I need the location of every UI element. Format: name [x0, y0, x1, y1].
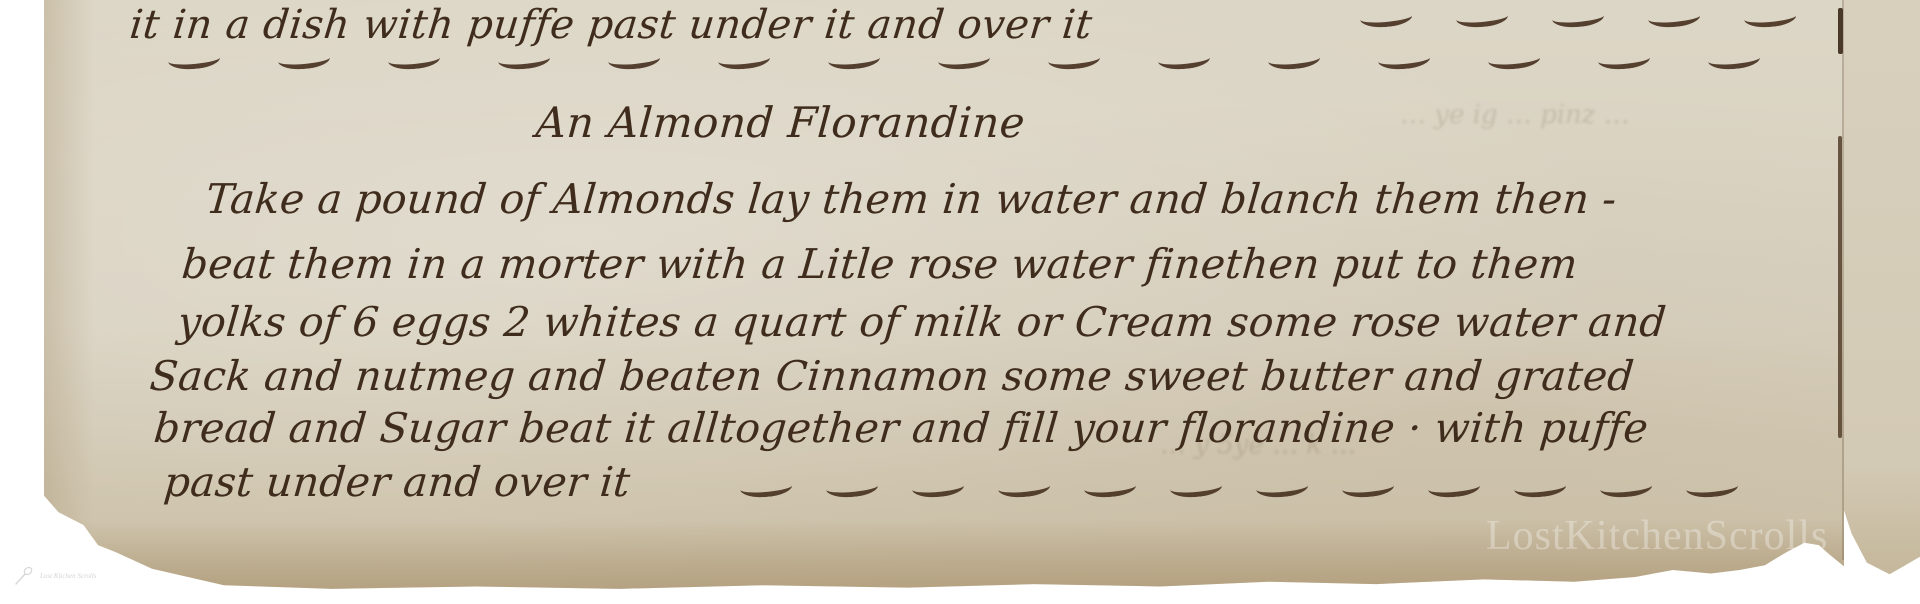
flourish	[1685, 475, 1739, 499]
flourish	[911, 475, 965, 499]
flourish	[1599, 475, 1653, 499]
spoon-icon	[14, 566, 34, 586]
recipe-line: yolks of 6 eggs 2 whites a quart of milk…	[176, 298, 1668, 346]
recipe-line: bread and Sugar beat it alltogether and …	[152, 404, 1650, 452]
flourish	[1359, 5, 1413, 29]
line-filler-flourishes	[1360, 8, 1796, 27]
flourish	[1707, 47, 1761, 71]
recipe-line: Take a pound of Almonds lay them in wate…	[204, 175, 1619, 223]
adjacent-page-edge	[1844, 0, 1920, 580]
flourish	[1267, 47, 1321, 71]
watermark-text: LostKitchenScrolls	[1486, 512, 1828, 560]
margin-rule	[1838, 136, 1842, 438]
recipe-line: past under and over it	[162, 458, 632, 506]
flourish	[1341, 475, 1395, 499]
previous-recipe-tail: it in a dish with puffe past under it an…	[128, 2, 1095, 48]
flourish	[739, 475, 793, 499]
flourish	[937, 47, 991, 71]
margin-rule-top	[1838, 8, 1843, 54]
bleed-through-text: … ye ig … pinz …	[1400, 100, 1630, 130]
recipe-line: Sack and nutmeg and beaten Cinnamon some…	[148, 352, 1636, 400]
line-filler-flourishes	[740, 478, 1738, 497]
flourish	[1597, 47, 1651, 71]
flourish	[1513, 475, 1567, 499]
flourish	[1377, 47, 1431, 71]
flourish	[387, 47, 441, 71]
flourish	[607, 47, 661, 71]
watermark-logo: Lost Kitchen Scrolls	[14, 566, 97, 586]
recipe-line: beat them in a morter with a Litle rose …	[180, 240, 1580, 288]
manuscript-scan: … ye ig … pinz … … y 5ye … k … it in a d…	[0, 0, 1920, 604]
flourish	[1047, 47, 1101, 71]
flourish	[717, 47, 771, 71]
flourish	[1487, 47, 1541, 71]
flourish	[1083, 475, 1137, 499]
flourish	[497, 47, 551, 71]
flourish	[1647, 5, 1701, 29]
flourish	[1551, 5, 1605, 29]
flourish	[1743, 5, 1797, 29]
flourish	[825, 475, 879, 499]
flourish	[1455, 5, 1509, 29]
flourish	[167, 47, 221, 71]
recipe-title: An Almond Florandine	[534, 98, 1027, 147]
page-gutter	[1842, 0, 1844, 560]
flourish	[827, 47, 881, 71]
flourish	[1427, 475, 1481, 499]
flourish	[1157, 47, 1211, 71]
flourish	[1255, 475, 1309, 499]
flourish	[997, 475, 1051, 499]
watermark-small-text: Lost Kitchen Scrolls	[40, 572, 97, 580]
flourish	[277, 47, 331, 71]
line-filler-flourishes	[168, 50, 1760, 69]
flourish	[1169, 475, 1223, 499]
